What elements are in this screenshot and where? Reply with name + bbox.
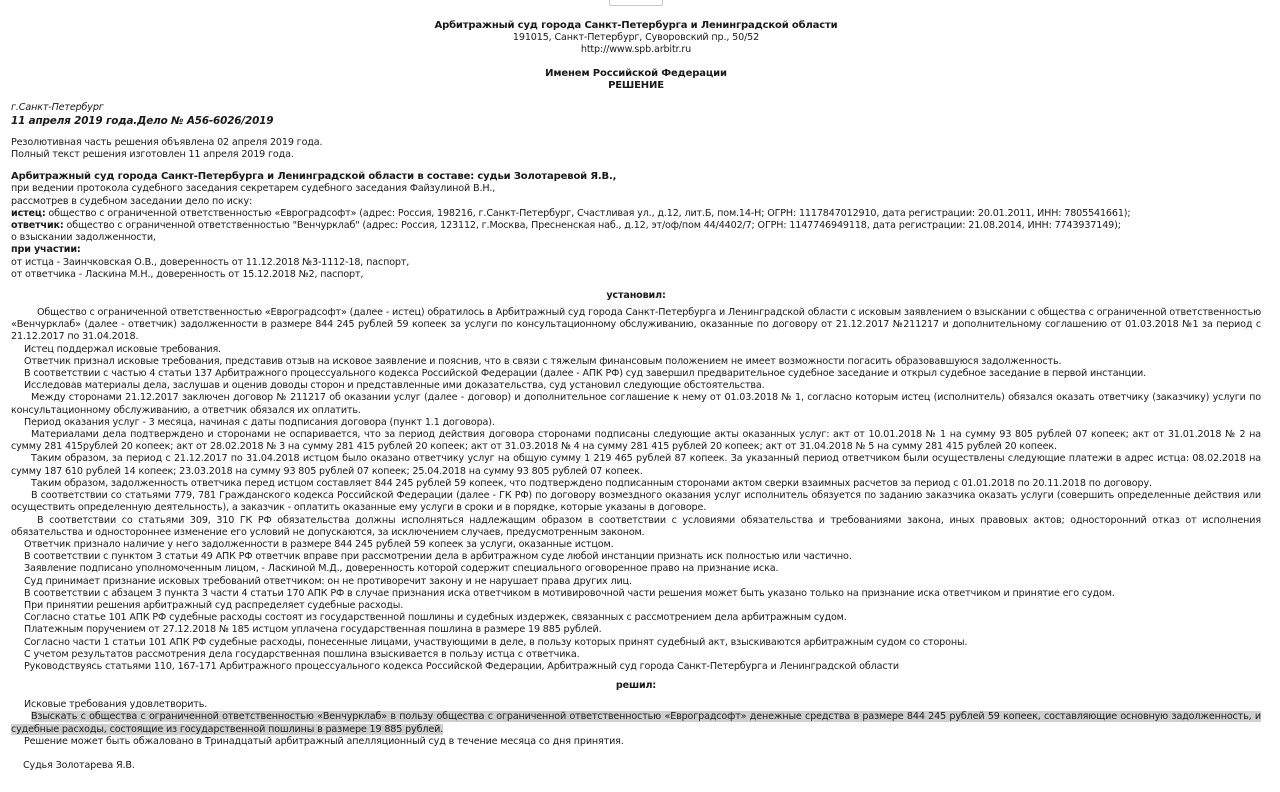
date-and-case-number: 11 апреля 2019 года.Дело № А56-6026/2019	[11, 115, 1261, 127]
toolbar-box	[609, 0, 663, 6]
paragraph: Материалами дела подтверждено и сторонам…	[11, 429, 1261, 453]
decision-paragraph: Исковые требования удовлетворить.	[11, 699, 1261, 711]
plaintiff-line: истец: общество с ограниченной ответстве…	[11, 208, 1261, 220]
paragraph: В соответствии с абзацем 3 пункта 3 част…	[11, 588, 1261, 600]
defendant-label: ответчик:	[11, 220, 64, 231]
participant: от ответчика - Ласкина М.Н., доверенност…	[11, 269, 1261, 281]
plaintiff-details: общество с ограниченной ответственностью…	[46, 208, 1131, 219]
paragraph: Суд принимает признание исковых требован…	[11, 576, 1261, 588]
paragraph: Таким образом, за период с 21.12.2017 по…	[11, 453, 1261, 477]
paragraph: Согласно статье 101 АПК РФ судебные расх…	[11, 612, 1261, 624]
protocol-line: при ведении протокола судебного заседани…	[11, 183, 1261, 195]
decision-paragraph: Решение может быть обжаловано в Тринадца…	[11, 736, 1261, 748]
paragraph: В соответствии со статьями 779, 781 Граж…	[11, 490, 1261, 514]
paragraph: Согласно части 1 статьи 101 АПК РФ судеб…	[11, 637, 1261, 649]
paragraph: Платежным поручением от 27.12.2018 № 185…	[11, 624, 1261, 636]
paragraph: В соответствии с пунктом 3 статьи 49 АПК…	[11, 551, 1261, 563]
decision-paragraph-highlighted: Взыскать с общества с ограниченной ответ…	[11, 711, 1261, 735]
court-address: 191015, Санкт-Петербург, Суворовский пр.…	[11, 32, 1261, 44]
paragraph: При принятии решения арбитражный суд рас…	[11, 600, 1261, 612]
paragraph: Период оказания услуг - 3 месяца, начина…	[11, 417, 1261, 429]
announced-note: Резолютивная часть решения объявлена 02 …	[11, 137, 1261, 149]
participant: от истца - Заинчковская О.В., довереннос…	[11, 257, 1261, 269]
in-the-name: Именем Российской Федерации	[11, 68, 1261, 80]
selected-text[interactable]: Взыскать с общества с ограниченной ответ…	[11, 711, 1261, 734]
plaintiff-label: истец:	[11, 208, 46, 219]
paragraph: Между сторонами 21.12.2017 заключен дого…	[11, 392, 1261, 416]
city: г.Санкт-Петербург	[11, 102, 1261, 114]
subject-line: о взыскании задолженности,	[11, 232, 1261, 244]
considered-line: рассмотрев в судебном заседании дело по …	[11, 196, 1261, 208]
court-decision-document: Арбитражный суд города Санкт-Петербурга …	[11, 20, 1261, 772]
document-type: РЕШЕНИЕ	[11, 80, 1261, 92]
court-name: Арбитражный суд города Санкт-Петербурга …	[11, 20, 1261, 32]
court-website[interactable]: http://www.spb.arbitr.ru	[11, 44, 1261, 56]
paragraph: Ответчик признал исковые требования, пре…	[11, 356, 1261, 368]
paragraph: Исследовав материалы дела, заслушав и оц…	[11, 380, 1261, 392]
paragraph: Заявление подписано уполномоченным лицом…	[11, 563, 1261, 575]
full-text-note: Полный текст решения изготовлен 11 апрел…	[11, 149, 1261, 161]
established-title: установил:	[11, 289, 1261, 303]
participation-label: при участии:	[11, 244, 1261, 256]
paragraph: Ответчик признало наличие у него задолже…	[11, 539, 1261, 551]
paragraph: Руководствуясь статьями 110, 167-171 Арб…	[11, 661, 1261, 673]
defendant-details: общество с ограниченной ответственностью…	[64, 220, 1121, 231]
paragraph: В соответствии с частью 4 статьи 137 Арб…	[11, 368, 1261, 380]
paragraph: Истец поддержал исковые требования.	[11, 344, 1261, 356]
paragraph: Таким образом, задолженность ответчика п…	[11, 478, 1261, 490]
paragraph: В соответствии со статьями 309, 310 ГК Р…	[11, 515, 1261, 539]
court-composition: Арбитражный суд города Санкт-Петербурга …	[11, 171, 1261, 183]
paragraph: Общество с ограниченной ответственностью…	[11, 307, 1261, 344]
defendant-line: ответчик: общество с ограниченной ответс…	[11, 220, 1261, 232]
paragraph: С учетом результатов рассмотрения дела г…	[11, 649, 1261, 661]
decided-title: решил:	[11, 679, 1261, 693]
judge-signature: Судья Золотарева Я.В.	[11, 760, 1261, 772]
